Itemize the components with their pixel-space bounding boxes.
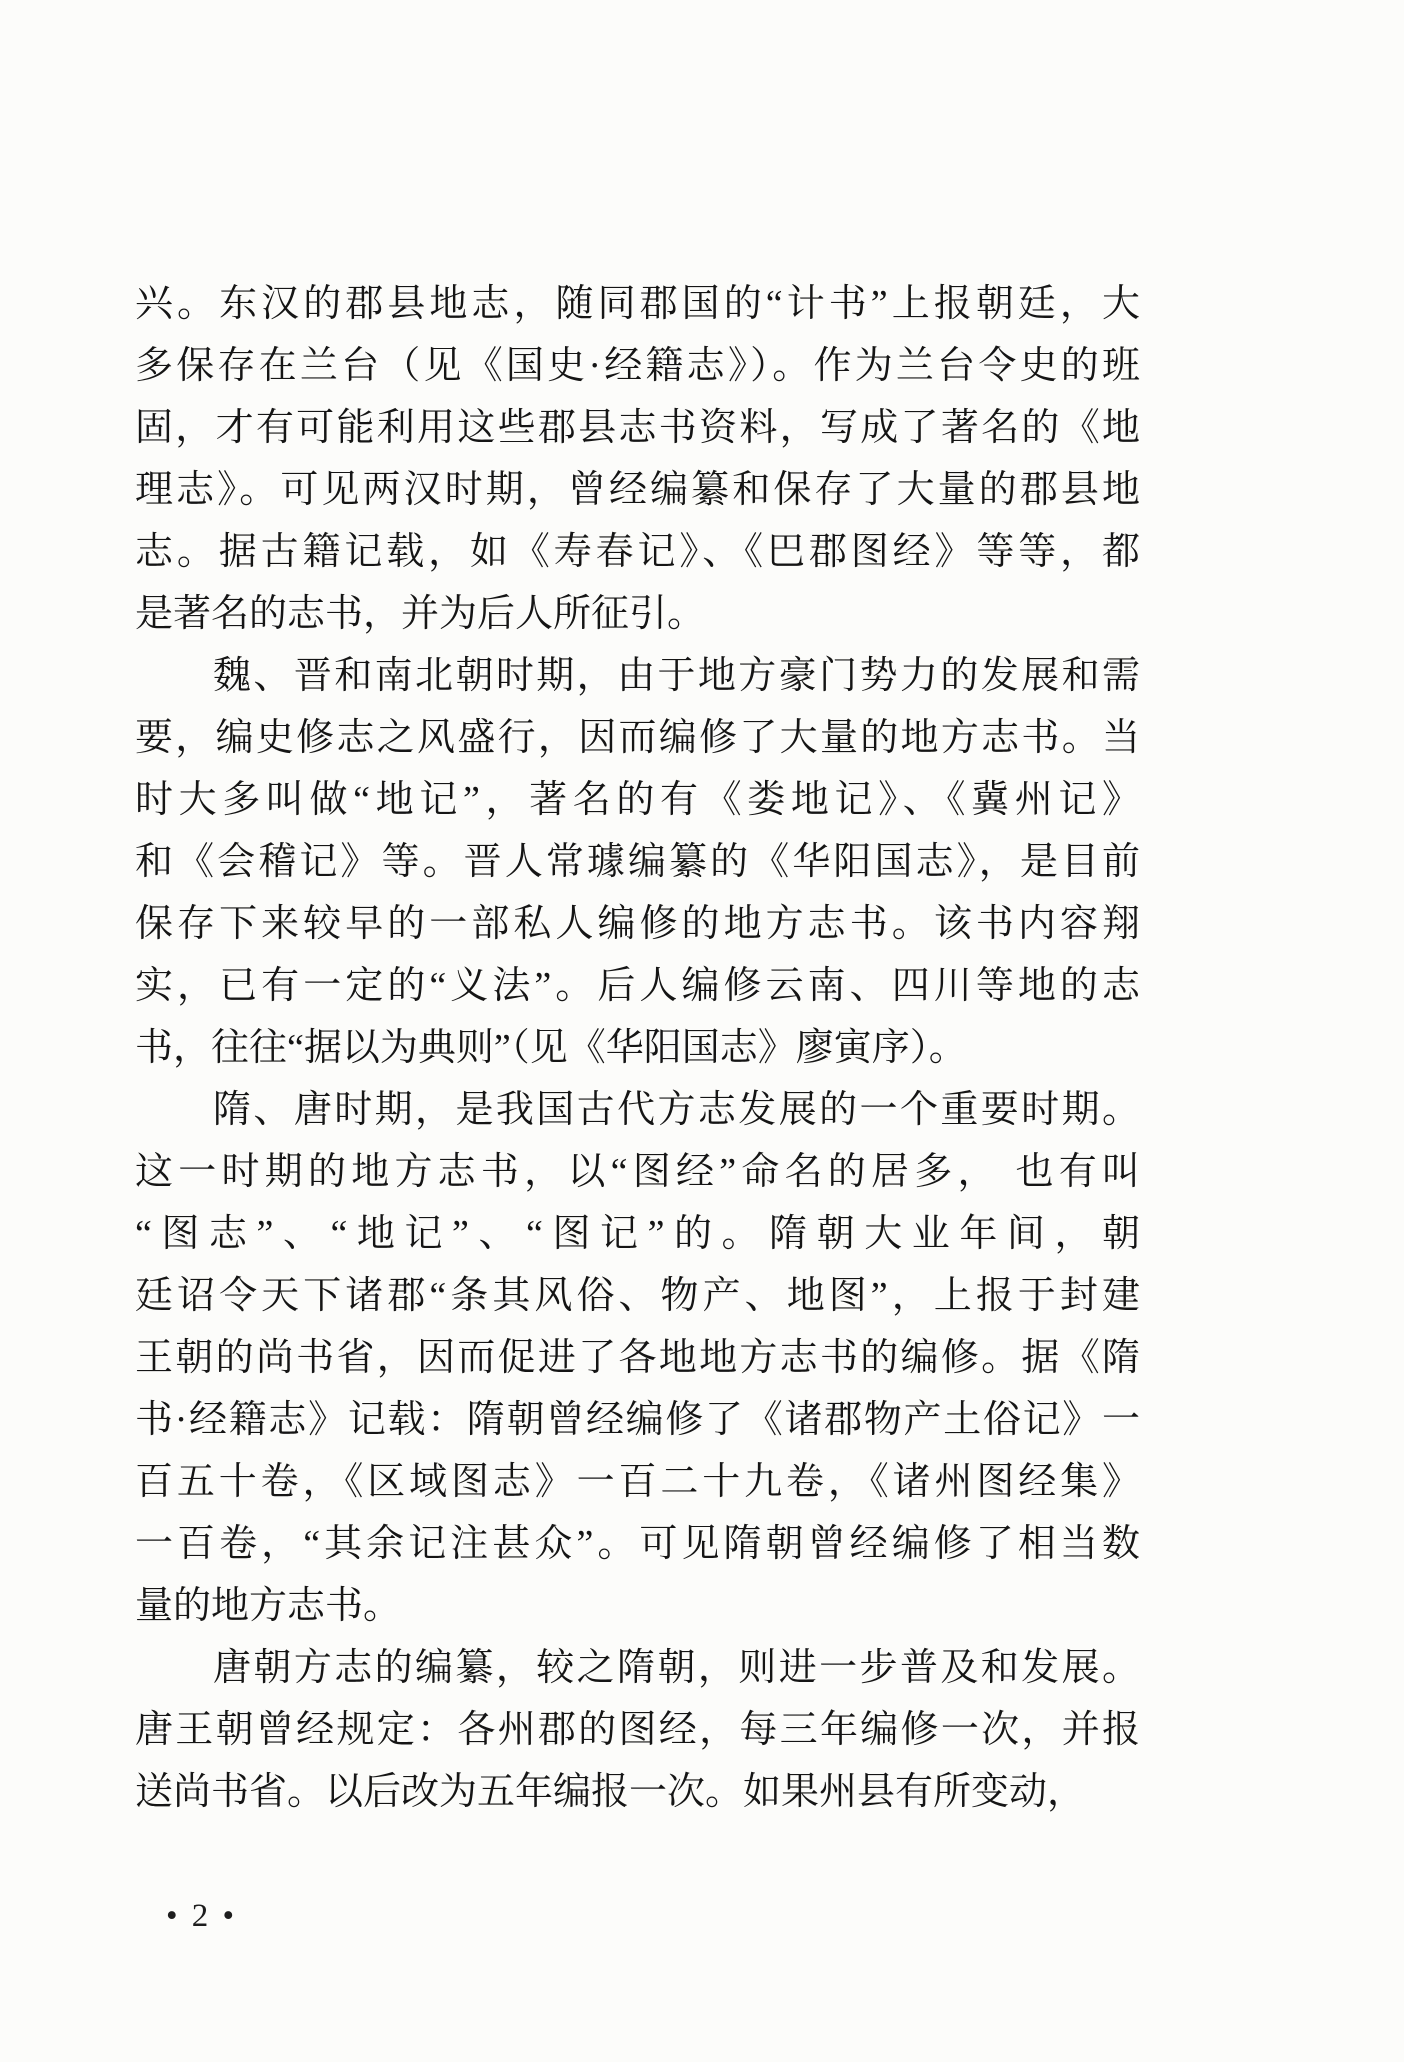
- book-page: 兴。东汉的郡县地志，随同郡国的“计书”上报朝廷，大多保存在兰台（见《国史·经籍志…: [0, 0, 1404, 2062]
- text-line: 书·经籍志》记载：隋朝曾经编修了《诸郡物产土俗记》一: [135, 1389, 1140, 1451]
- text-line: 兴。东汉的郡县地志，随同郡国的“计书”上报朝廷，大: [135, 273, 1140, 335]
- text-line: 廷诏令天下诸郡“条其风俗、物产、地图”，上报于封建: [135, 1265, 1140, 1327]
- body-text: 兴。东汉的郡县地志，随同郡国的“计书”上报朝廷，大多保存在兰台（见《国史·经籍志…: [135, 273, 1140, 1823]
- text-line: 王朝的尚书省，因而促进了各地地方志书的编修。据《隋: [135, 1327, 1140, 1389]
- text-line: 这一时期的地方志书，以“图经”命名的居多， 也有叫: [135, 1141, 1140, 1203]
- text-line: “图志”、“地记”、“图记”的。隋朝大业年间，朝: [135, 1203, 1140, 1265]
- page-number: • 2 •: [166, 1892, 237, 1940]
- text-line: 固，才有可能利用这些郡县志书资料，写成了著名的《地: [135, 397, 1140, 459]
- text-line: 百五十卷，《区域图志》一百二十九卷，《诸州图经集》: [135, 1451, 1140, 1513]
- text-line: 志。据古籍记载，如《寿春记》、《巴郡图经》等等，都: [135, 521, 1140, 583]
- text-line: 理志》。可见两汉时期，曾经编纂和保存了大量的郡县地: [135, 459, 1140, 521]
- text-line: 要，编史修志之风盛行，因而编修了大量的地方志书。当: [135, 707, 1140, 769]
- text-line: 是著名的志书，并为后人所征引。: [135, 583, 1140, 645]
- text-line: 隋、唐时期，是我国古代方志发展的一个重要时期。: [135, 1079, 1140, 1141]
- text-line: 量的地方志书。: [135, 1575, 1140, 1637]
- text-line: 一百卷，“其余记注甚众”。可见隋朝曾经编修了相当数: [135, 1513, 1140, 1575]
- text-line: 唐王朝曾经规定：各州郡的图经，每三年编修一次，并报: [135, 1699, 1140, 1761]
- text-line: 书，往往“据以为典则”（见《华阳国志》廖寅序）。: [135, 1017, 1140, 1079]
- text-line: 唐朝方志的编纂，较之隋朝，则进一步普及和发展。: [135, 1637, 1140, 1699]
- text-line: 多保存在兰台（见《国史·经籍志》）。作为兰台令史的班: [135, 335, 1140, 397]
- text-line: 保存下来较早的一部私人编修的地方志书。该书内容翔: [135, 893, 1140, 955]
- text-line: 和《会稽记》等。晋人常璩编纂的《华阳国志》，是目前: [135, 831, 1140, 893]
- text-line: 送尚书省。以后改为五年编报一次。如果州县有所变动，: [135, 1761, 1140, 1823]
- text-line: 实，已有一定的“义法”。后人编修云南、四川等地的志: [135, 955, 1140, 1017]
- text-line: 魏、晋和南北朝时期，由于地方豪门势力的发展和需: [135, 645, 1140, 707]
- text-line: 时大多叫做“地记”，著名的有《娄地记》、《冀州记》: [135, 769, 1140, 831]
